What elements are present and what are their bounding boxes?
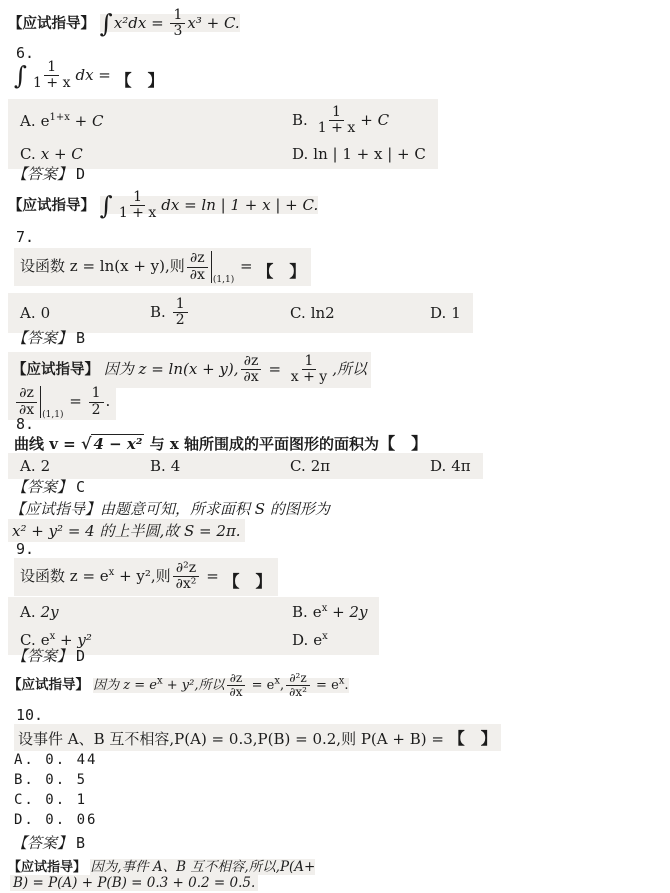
evaluated-at-bar: (1,1) — [40, 386, 63, 418]
formula-text: = — [201, 567, 223, 585]
fraction-denominator: 2 — [173, 313, 188, 328]
sqrt-radicand: 4 − x² — [91, 434, 144, 453]
option-d: D. 0. 06 — [14, 810, 97, 830]
option-label: B. — [150, 303, 166, 321]
guidance-text: ,所以 — [332, 360, 367, 378]
option-value: ln | 1 + x | + C — [313, 145, 426, 163]
answer-letter: D — [76, 647, 85, 665]
guidance-text: 由题意可知，所求面积 S 的图形为 — [100, 500, 330, 518]
option-value: e1+x + C — [41, 112, 104, 130]
option-c: C.ln2 — [290, 304, 430, 322]
formula-text: x²dx = — [114, 14, 169, 32]
option-d: D.ln | 1 + x | + C — [292, 145, 426, 163]
fraction-denominator: ∂x² — [173, 577, 200, 592]
integral-sign: ∫ — [100, 9, 113, 38]
option-label: B. — [292, 603, 308, 621]
option-b: B. 0. 5 — [14, 770, 97, 790]
question-7-guidance-line1: 【应试指导】 因为 z = ln(x + y),∂z∂x = 1x + y,所以 — [8, 352, 371, 388]
partial-derivative-fraction: ∂z∂x — [16, 386, 37, 418]
answer-tag: 【答案】 — [12, 165, 72, 183]
option-b: B.4 — [150, 457, 290, 475]
question-10-guidance-line1: 【应试指导】 因为,事件 A、B 互不相容,所以,P(A+ — [8, 855, 315, 875]
stem-text: + y²,则 — [114, 567, 170, 585]
question-9-guidance: 【应试指导】 因为 z = ex + y²,所以∂z∂x = ex,∂²z∂x²… — [8, 672, 349, 699]
fraction: 12 — [173, 297, 188, 329]
option-d: D.ex — [292, 631, 367, 649]
question-10-options: A. 0. 44 B. 0. 5 C. 0. 1 D. 0. 06 — [14, 750, 97, 830]
option-c: C. 0. 1 — [14, 790, 97, 810]
evaluated-at-bar: (1,1) — [211, 251, 234, 283]
question-10-answer: 【答案】B — [12, 832, 85, 853]
stem-text: 设函数 z = ln(x + y),则 — [20, 257, 185, 275]
fraction: 11 + x — [30, 60, 73, 92]
question-7-number: 7. — [16, 228, 34, 246]
option-label: D. — [292, 631, 308, 649]
exam-document-page: 【应试指导】 ∫x²dx = 13x³ + C. 6. ∫11 + xdx = … — [0, 0, 670, 893]
formula-text: dx = ln | 1 + x | + C. — [161, 196, 318, 214]
fraction-numerator: 1 — [329, 105, 344, 121]
fraction-numerator: 1 — [44, 60, 59, 76]
option-value: 0 — [41, 304, 51, 322]
answer-bracket: 【 】 — [116, 71, 164, 90]
fraction: 11 + x — [315, 105, 358, 137]
guidance-formula: ∫11 + xdx = ln | 1 + x | + C. — [100, 196, 318, 214]
option-b: B.12 — [150, 297, 290, 329]
question-6-options: A.e1+x + C B.11 + x+ C C.x + C D.ln | 1 … — [8, 99, 438, 169]
fraction: 11 + x — [116, 190, 159, 222]
guidance-text: 因为 z = ln(x + y), — [104, 360, 239, 378]
formula-text: = — [264, 360, 286, 378]
question-9-stem: 设函数 z = ex + y²,则∂²z∂x² = 【 】 — [14, 558, 278, 596]
answer-bracket: 【 】 — [379, 434, 427, 453]
fraction: 12 — [89, 386, 104, 418]
fraction-denominator: ∂x — [187, 268, 208, 283]
option-b: B.ex + 2y — [292, 603, 367, 621]
fraction-denominator: x + y — [288, 370, 330, 385]
guidance-tag: 【应试指导】 — [8, 677, 89, 693]
fraction-numerator: ∂z — [241, 354, 262, 370]
fraction-denominator: 2 — [89, 403, 104, 418]
guidance-text: + y²,所以 — [163, 678, 225, 693]
option-value: ln2 — [311, 304, 335, 322]
fraction-numerator: ∂²z — [286, 672, 309, 686]
option-label: A. — [20, 112, 36, 130]
fraction-denominator: 1 + x — [315, 121, 358, 136]
option-label: C. — [290, 457, 306, 475]
option-value: 1 — [451, 304, 461, 322]
vertical-bar — [40, 386, 41, 418]
fraction-numerator: 1 — [173, 297, 188, 313]
option-d: D.1 — [430, 304, 461, 322]
option-value: 2π — [311, 457, 330, 475]
option-c: C.x + C — [20, 145, 292, 163]
partial-derivative-fraction: ∂z∂x — [187, 251, 208, 283]
question-7-stem: 设函数 z = ln(x + y),则∂z∂x(1,1) = 【 】 — [14, 248, 311, 286]
fraction-numerator: ∂z — [187, 251, 208, 267]
evaluation-point: (1,1) — [213, 275, 234, 285]
option-value: 2 — [41, 457, 51, 475]
integral-sign: ∫ — [14, 61, 27, 90]
question-10-guidance-line2: B) = P(A) + P(B) = 0.3 + 0.2 = 0.5. — [10, 875, 258, 891]
fraction-denominator: ∂x — [226, 686, 245, 699]
option-label: A. — [20, 304, 36, 322]
guidance-tag: 【应试指导】 — [8, 16, 95, 32]
fraction-denominator: 1 + x — [116, 206, 159, 221]
option-d: D.4π — [430, 457, 471, 475]
question-9-number: 9. — [16, 540, 34, 558]
question-7-answer: 【答案】B — [12, 327, 85, 348]
option-label: C. — [290, 304, 306, 322]
formula-text: = — [64, 392, 86, 410]
answer-tag: 【答案】 — [12, 647, 72, 665]
partial-derivative-fraction: ∂z∂x — [226, 672, 245, 699]
formula-text: = e — [312, 678, 339, 693]
option-label: B. — [292, 111, 308, 129]
partial-derivative-fraction: ∂²z∂x² — [173, 561, 200, 593]
question-8-answer: 【答案】C — [12, 476, 85, 497]
answer-tag: 【答案】 — [12, 478, 72, 496]
q5-guidance-formula: ∫x²dx = 13x³ + C. — [100, 14, 240, 32]
answer-letter: B — [76, 834, 85, 852]
fraction-denominator: ∂x² — [286, 686, 310, 699]
fraction-denominator: ∂x — [241, 370, 262, 385]
stem-text: 设函数 z = e — [20, 567, 109, 585]
formula-text: + 2y — [327, 603, 367, 621]
fraction: 1x + y — [288, 354, 330, 386]
fraction-numerator: ∂²z — [173, 561, 199, 577]
formula-text: x³ + C. — [187, 14, 239, 32]
fraction-numerator: 1 — [89, 386, 104, 402]
formula-text: + C — [70, 112, 104, 130]
formula-text: dx = — [75, 66, 115, 84]
formula-text: = — [235, 257, 257, 275]
guidance-tag: 【应试指导】 — [12, 362, 99, 378]
question-10-number: 10. — [16, 706, 43, 724]
answer-bracket: 【 】 — [449, 729, 497, 748]
evaluation-point: (1,1) — [42, 410, 63, 420]
fraction-numerator: ∂z — [227, 672, 246, 686]
guidance-tag: 【应试指导】 — [8, 860, 86, 875]
option-c: C.2π — [290, 457, 430, 475]
answer-letter: D — [76, 165, 85, 183]
stem-text: 曲线 v = — [14, 435, 81, 453]
partial-derivative-fraction: ∂z∂x — [241, 354, 262, 386]
q5-guidance-line: 【应试指导】 ∫x²dx = 13x³ + C. — [8, 8, 240, 40]
question-9-answer: 【答案】D — [12, 645, 85, 666]
formula-base: e — [313, 631, 322, 649]
option-a: A.0 — [20, 304, 150, 322]
formula-text: + C — [360, 111, 389, 129]
fraction-numerator: 1 — [130, 190, 145, 206]
question-6-guidance: 【应试指导】 ∫11 + xdx = ln | 1 + x | + C. — [8, 190, 318, 222]
option-a: A.2y — [20, 603, 292, 621]
question-10-stem: 设事件 A、B 互不相容,P(A) = 0.3,P(B) = 0.2,则 P(A… — [14, 724, 501, 751]
answer-bracket: 【 】 — [224, 572, 272, 591]
option-label: D. — [430, 457, 446, 475]
formula-text: , — [280, 678, 284, 693]
option-a: A. 0. 44 — [14, 750, 97, 770]
formula-superscript: 1+x — [50, 112, 70, 123]
partial-derivative-fraction: ∂²z∂x² — [286, 672, 310, 699]
option-label: D. — [430, 304, 446, 322]
guidance-text: 因为,事件 A、B 互不相容,所以,P(A+ — [90, 859, 315, 875]
option-value: ex — [313, 631, 328, 649]
option-value: ex + 2y — [313, 603, 368, 621]
question-8-guidance-line1: 【应试指导】由题意可知，所求面积 S 的图形为 — [10, 498, 330, 519]
answer-bracket: 【 】 — [257, 262, 305, 281]
fraction-numerator: 1 — [170, 8, 185, 24]
option-a: A.2 — [20, 457, 150, 475]
vertical-bar — [211, 251, 212, 283]
sqrt-sign: √ — [81, 434, 92, 453]
option-label: A. — [20, 457, 36, 475]
answer-tag: 【答案】 — [12, 329, 72, 347]
fraction-numerator: 1 — [302, 354, 317, 370]
stem-text: 设事件 A、B 互不相容,P(A) = 0.3,P(B) = 0.2,则 P(A… — [18, 730, 449, 748]
option-label: D. — [292, 145, 308, 163]
integral-sign: ∫ — [100, 191, 113, 220]
guidance-tag: 【应试指导】 — [8, 198, 95, 214]
question-6-answer: 【答案】D — [12, 163, 85, 184]
fraction: 13 — [170, 8, 185, 40]
stem-text: 与 x 轴所围成的平面图形的面积为 — [144, 435, 379, 453]
answer-letter: B — [76, 329, 85, 347]
option-label: C. — [20, 145, 36, 163]
option-value: 2y — [41, 603, 59, 621]
question-8-stem: 曲线 v = √4 − x² 与 x 轴所围成的平面图形的面积为【 】 — [14, 431, 427, 454]
formula-text: . — [344, 678, 348, 693]
formula-text: . — [106, 392, 111, 410]
fraction-denominator: 1 + x — [30, 76, 73, 91]
option-label: B. — [150, 457, 166, 475]
fraction-numerator: ∂z — [16, 386, 37, 402]
question-8-guidance-line2: x² + y² = 4 的上半圆,故 S = 2π. — [8, 519, 245, 542]
guidance-formula: 因为 z = ex + y²,所以∂z∂x = ex,∂²z∂x² = ex. — [93, 678, 348, 693]
option-value: 4 — [171, 457, 181, 475]
answer-tag: 【答案】 — [12, 834, 72, 852]
option-a: A.e1+x + C — [20, 112, 292, 130]
formula-superscript: x — [322, 631, 328, 642]
fraction-denominator: 3 — [170, 24, 185, 39]
formula-base: e — [41, 112, 50, 130]
guidance-tag: 【应试指导】 — [10, 500, 100, 518]
formula-text: = e — [247, 678, 274, 693]
option-value: x + C — [41, 145, 83, 163]
answer-letter: C — [76, 478, 85, 496]
option-b: B.11 + x+ C — [292, 105, 426, 137]
guidance-text: 因为 z = e — [93, 678, 157, 693]
question-6-stem: ∫11 + xdx = 【 】 — [14, 60, 164, 92]
option-value: 4π — [451, 457, 470, 475]
option-label: A. — [20, 603, 36, 621]
formula-base: e — [313, 603, 322, 621]
